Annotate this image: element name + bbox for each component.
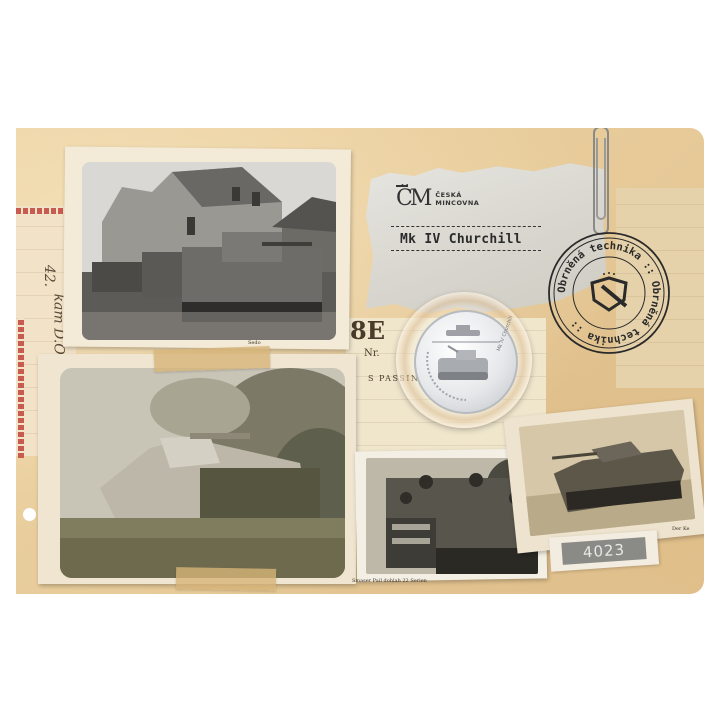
- document-label: Nr.: [364, 348, 380, 359]
- logo-mark: ČM: [396, 188, 429, 210]
- dashed-divider: [391, 250, 541, 251]
- logo-line-1: ČESKÁ: [435, 191, 461, 199]
- paperclip-icon: [596, 138, 606, 220]
- number-tag-text: 4023: [561, 537, 646, 565]
- red-border-stripe: [18, 318, 24, 458]
- ceska-mincovna-logo: ČM ČESKÁ MINCOVNA: [396, 188, 479, 210]
- binder-hole: [23, 508, 36, 521]
- number-tag: 4023: [549, 530, 659, 571]
- tank-engraving-icon: [416, 312, 516, 412]
- photo-caption: Smaser Pail dohlah 22 Serien: [352, 578, 427, 584]
- photo-tanks-in-town: [82, 162, 336, 340]
- logo-line-2: MINCOVNA: [435, 199, 479, 207]
- tape-strip: [154, 346, 271, 372]
- photo-caption: Der Ke: [672, 526, 690, 532]
- postmark-stamp: Obrněná technika :: Obrněná technika ::: [544, 228, 674, 358]
- document-heading: 8E: [350, 316, 385, 345]
- dashed-divider: [391, 226, 541, 227]
- photo-tank-side-view: [519, 410, 696, 537]
- shield-with-bullet-icon: [592, 272, 626, 310]
- silver-coin: [414, 310, 518, 414]
- logo-text: ČESKÁ MINCOVNA: [435, 191, 479, 207]
- handwriting: 42.: [41, 265, 57, 287]
- photo-tank-in-woods: [60, 368, 345, 578]
- product-title: Mk IV Churchill: [400, 232, 522, 247]
- tape-strip: [176, 567, 276, 591]
- photo-caption: Sedo: [248, 340, 261, 346]
- coin-packaging-card: 42. kam D.O. 8E Nr. S PASSIN Sedo: [16, 128, 704, 594]
